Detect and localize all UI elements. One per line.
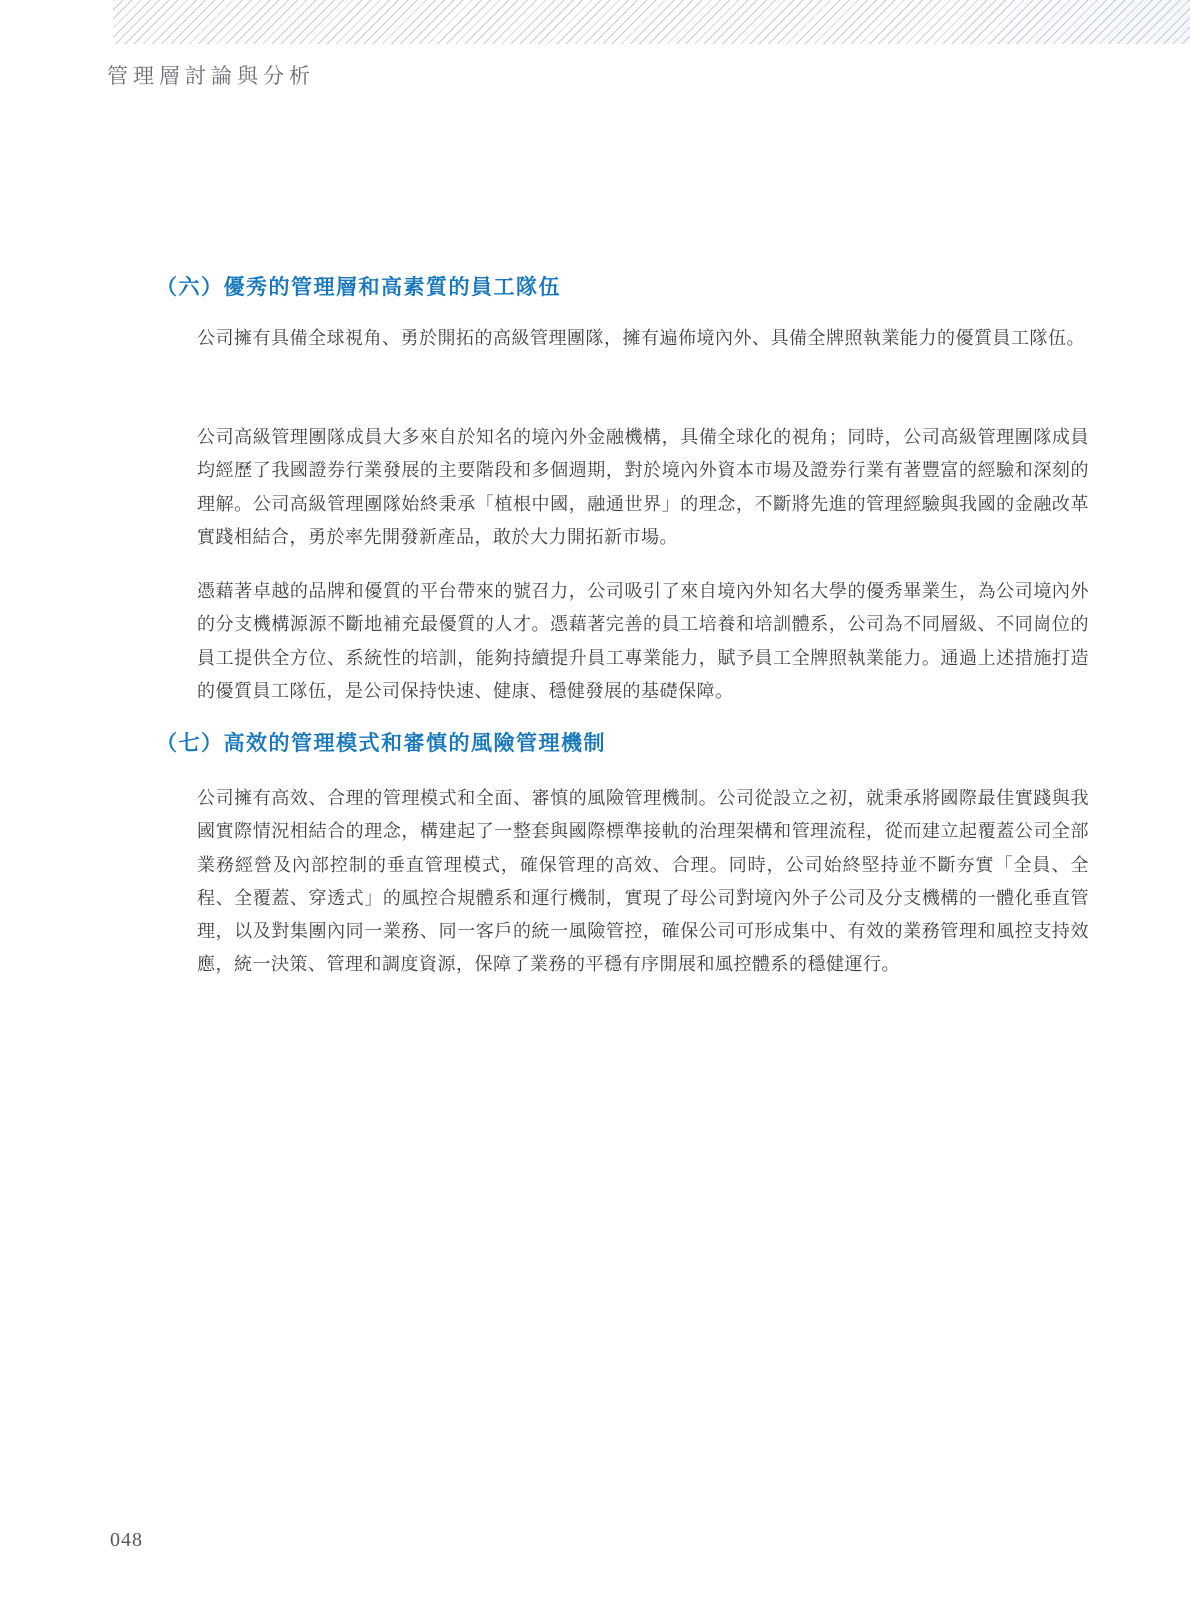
- page-number: 048: [110, 1529, 143, 1552]
- section-heading-7: （七）高效的管理模式和審慎的風險管理機制: [156, 730, 606, 758]
- decorative-hatch-banner: [113, 0, 1190, 44]
- paragraph-talent-training: 憑藉著卓越的品牌和優質的平台帶來的號召力，公司吸引了來自境內外知名大學的優秀畢業…: [197, 575, 1089, 708]
- section-heading-6: （六）優秀的管理層和高素質的員工隊伍: [156, 274, 561, 302]
- report-page: 管理層討論與分析 （六）優秀的管理層和高素質的員工隊伍 公司擁有具備全球視角、勇…: [0, 0, 1190, 1615]
- paragraph-management-background: 公司高級管理團隊成員大多來自於知名的境內外金融機構，具備全球化的視角；同時，公司…: [197, 421, 1089, 554]
- running-header-title: 管理層討論與分析: [107, 60, 315, 90]
- paragraph-risk-management: 公司擁有高效、合理的管理模式和全面、審慎的風險管理機制。公司從設立之初，就秉承將…: [197, 782, 1089, 982]
- paragraph-team-overview: 公司擁有具備全球視角、勇於開拓的高級管理團隊，擁有遍佈境內外、具備全牌照執業能力…: [197, 322, 1089, 355]
